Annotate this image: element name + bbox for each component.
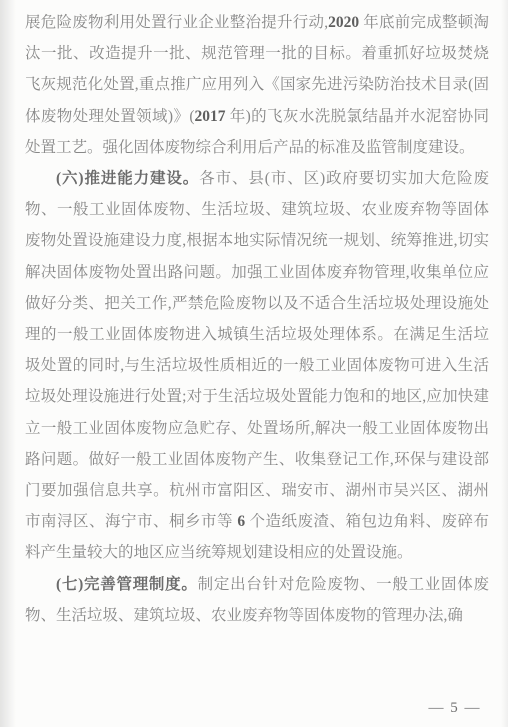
district-count-value: 6	[237, 513, 245, 530]
section-7-paragraph: (七)完善管理制度。制定出台针对危险废物、一般工业固体废物、生活垃圾、建筑垃圾、…	[25, 569, 489, 631]
scan-shadow-left	[0, 0, 16, 727]
section-6-heading: (六)推进能力建设。	[56, 170, 199, 187]
document-body: 展危险废物利用处置行业企业整治提升行动,2020 年底前完成整顿淘汰一批、改造提…	[25, 7, 489, 631]
year-2020-value: 2020	[328, 14, 359, 31]
document-page: 展危险废物利用处置行业企业整治提升行动,2020 年底前完成整顿淘汰一批、改造提…	[0, 0, 508, 727]
year-2017-value: 2017	[195, 108, 226, 125]
paragraph-text: 展危险废物利用处置行业企业整治提升行动,	[25, 14, 328, 31]
paragraph-continuation: 展危险废物利用处置行业企业整治提升行动,2020 年底前完成整顿淘汰一批、改造提…	[25, 7, 489, 163]
section-6-paragraph: (六)推进能力建设。各市、县(市、区)政府要切实加大危险废物、一般工业固体废物、…	[25, 163, 489, 569]
scan-shadow-right	[501, 0, 508, 727]
section-7-heading: (七)完善管理制度。	[56, 576, 198, 593]
paragraph-text: 各市、县(市、区)政府要切实加大危险废物、一般工业固体废物、生活垃圾、建筑垃圾、…	[25, 170, 489, 530]
page-number: — 5 —	[429, 700, 482, 717]
